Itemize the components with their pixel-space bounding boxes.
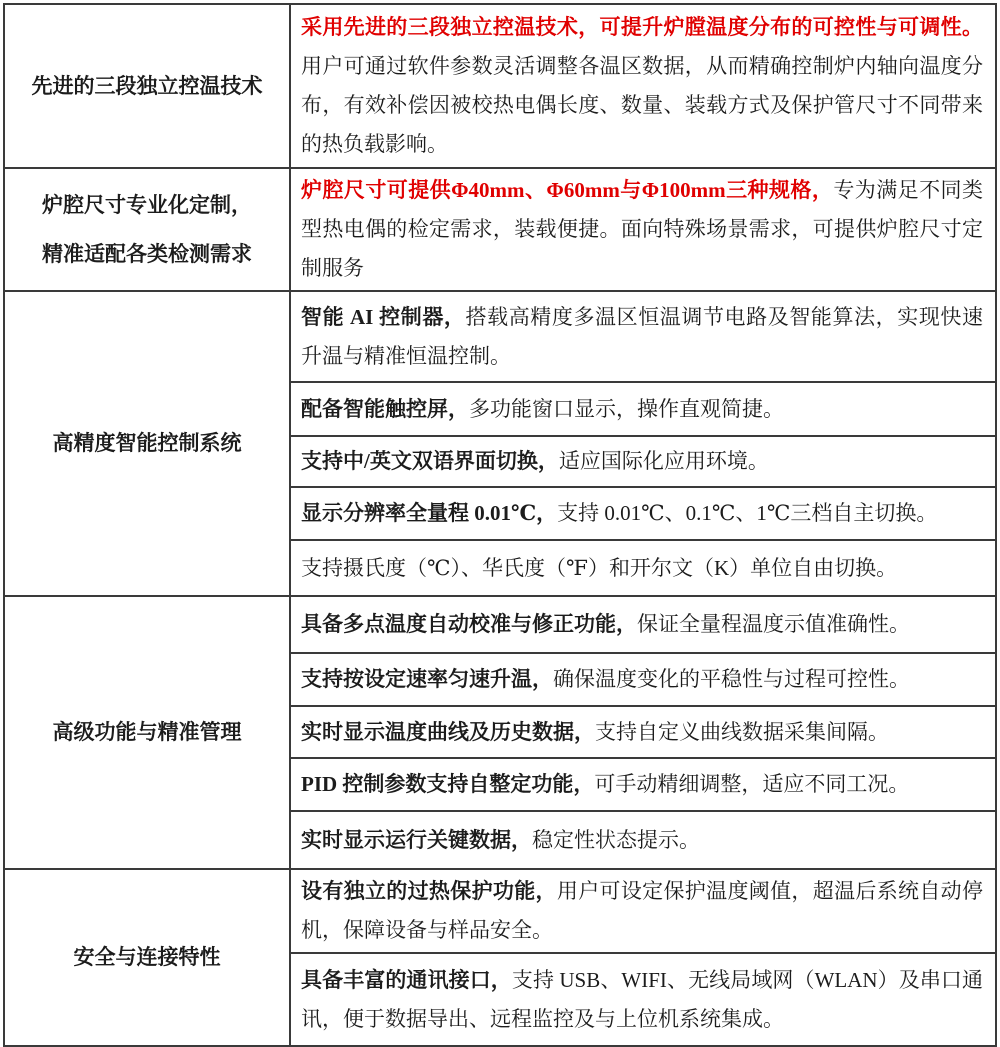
feature-cell: 炉腔尺寸可提供Φ40mm、Φ60mm与Φ100mm三种规格，专为满足不同类型热电… [290, 168, 996, 291]
feature-cell: 支持摄氏度（℃）、华氏度（℉）和开尔文（K）单位自由切换。 [290, 540, 996, 596]
table-row: 安全与连接特性 设有独立的过热保护功能，用户可设定保护温度阈值，超温后系统自动停… [4, 869, 996, 953]
feature-lead: 实时显示温度曲线及历史数据， [301, 720, 595, 744]
feature-body: 可手动精细调整，适应不同工况。 [594, 772, 909, 796]
feature-lead: 显示分辨率全量程 0.01℃， [301, 501, 557, 525]
feature-lead: 具备丰富的通讯接口， [301, 968, 512, 992]
feature-body: 适应国际化应用环境。 [559, 449, 769, 473]
feature-cell: 配备智能触控屏，多功能窗口显示，操作直观简捷。 [290, 382, 996, 436]
feature-cell: 显示分辨率全量程 0.01℃，支持 0.01℃、0.1℃、1℃三档自主切换。 [290, 487, 996, 540]
feature-body: 支持 0.01℃、0.1℃、1℃三档自主切换。 [557, 501, 937, 525]
product-features-table: 先进的三段独立控温技术 采用先进的三段独立控温技术，可提升炉膛温度分布的可控性与… [3, 3, 997, 1047]
feature-cell: 支持按设定速率匀速升温，确保温度变化的平稳性与过程可控性。 [290, 653, 996, 706]
feature-lead: 配备智能触控屏， [301, 397, 469, 421]
feature-cell: 实时显示温度曲线及历史数据，支持自定义曲线数据采集间隔。 [290, 706, 996, 758]
feature-cell: 实时显示运行关键数据，稳定性状态提示。 [290, 811, 996, 869]
feature-body: 确保温度变化的平稳性与过程可控性。 [553, 667, 910, 691]
feature-body: 用户可通过软件参数灵活调整各温区数据，从而精确控制炉内轴向温度分布，有效补偿因被… [301, 54, 983, 156]
section-title-cell: 高级功能与精准管理 [4, 596, 290, 869]
feature-body: 多功能窗口显示，操作直观简捷。 [469, 397, 784, 421]
feature-cell: 具备多点温度自动校准与修正功能，保证全量程温度示值准确性。 [290, 596, 996, 653]
table-row: 炉腔尺寸专业化定制， 精准适配各类检测需求 炉腔尺寸可提供Φ40mm、Φ60mm… [4, 168, 996, 291]
feature-lead: PID 控制参数支持自整定功能， [301, 772, 594, 796]
feature-cell: 采用先进的三段独立控温技术，可提升炉膛温度分布的可控性与可调性。用户可通过软件参… [290, 4, 996, 168]
table-row: 高精度智能控制系统 智能 AI 控制器，搭载高精度多温区恒温调节电路及智能算法，… [4, 291, 996, 382]
feature-cell: 设有独立的过热保护功能，用户可设定保护温度阈值，超温后系统自动停机，保障设备与样… [290, 869, 996, 953]
feature-cell: 支持中/英文双语界面切换，适应国际化应用环境。 [290, 436, 996, 487]
section-title-cell: 先进的三段独立控温技术 [4, 4, 290, 168]
feature-body: 稳定性状态提示。 [532, 828, 700, 852]
feature-cell: PID 控制参数支持自整定功能，可手动精细调整，适应不同工况。 [290, 758, 996, 811]
table-row: 高级功能与精准管理 具备多点温度自动校准与修正功能，保证全量程温度示值准确性。 [4, 596, 996, 653]
feature-lead: 实时显示运行关键数据， [301, 828, 532, 852]
feature-lead: 智能 AI 控制器， [301, 305, 466, 329]
feature-lead: 炉腔尺寸可提供Φ40mm、Φ60mm与Φ100mm三种规格， [301, 178, 833, 202]
section-title-cell: 安全与连接特性 [4, 869, 290, 1046]
section-title-cell: 高精度智能控制系统 [4, 291, 290, 596]
feature-body: 支持摄氏度（℃）、华氏度（℉）和开尔文（K）单位自由切换。 [301, 556, 897, 580]
feature-cell: 智能 AI 控制器，搭载高精度多温区恒温调节电路及智能算法，实现快速升温与精准恒… [290, 291, 996, 382]
section-title-cell: 炉腔尺寸专业化定制， 精准适配各类检测需求 [4, 168, 290, 291]
table-row: 先进的三段独立控温技术 采用先进的三段独立控温技术，可提升炉膛温度分布的可控性与… [4, 4, 996, 168]
feature-lead: 采用先进的三段独立控温技术，可提升炉膛温度分布的可控性与可调性。 [301, 15, 983, 39]
feature-lead: 具备多点温度自动校准与修正功能， [301, 612, 637, 636]
feature-body: 支持自定义曲线数据采集间隔。 [595, 720, 889, 744]
feature-lead: 支持按设定速率匀速升温， [301, 667, 553, 691]
feature-body: 保证全量程温度示值准确性。 [637, 612, 910, 636]
feature-lead: 设有独立的过热保护功能， [301, 879, 557, 903]
feature-cell: 具备丰富的通讯接口，支持 USB、WIFI、无线局域网（WLAN）及串口通讯，便… [290, 953, 996, 1046]
feature-lead: 支持中/英文双语界面切换， [301, 449, 559, 473]
